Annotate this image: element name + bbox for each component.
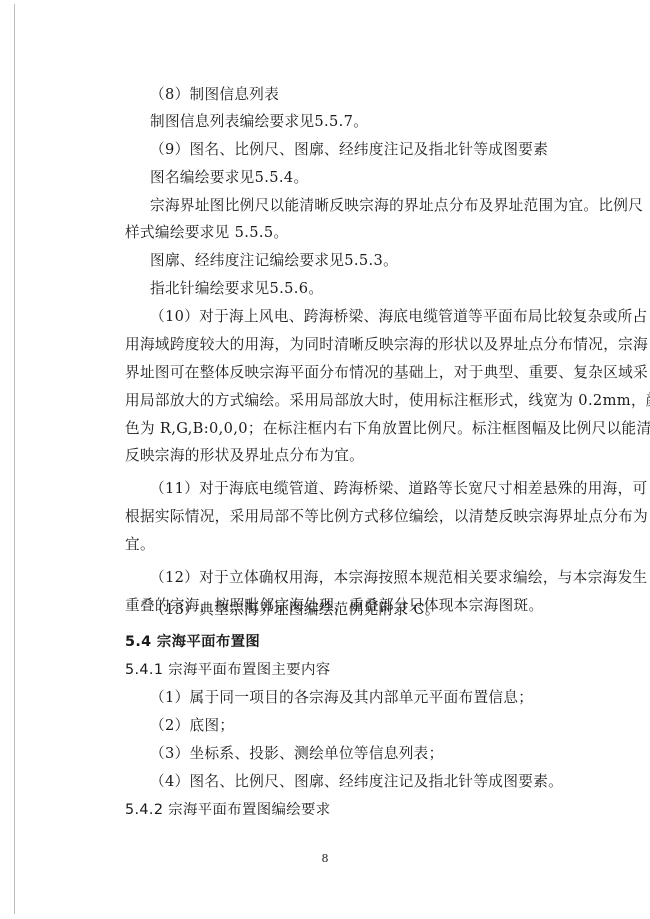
paragraph-line: 色为 R,G,B:0,0,0；在标注框内右下角放置比例尺。标注框图幅及比例尺以能…	[125, 419, 585, 439]
list-item-3: （3）坐标系、投影、测绘单位等信息列表；	[150, 744, 585, 764]
list-item-10: （10）对于海上风电、跨海桥梁、海底电缆管道等平面布局比较复杂或所占	[150, 307, 585, 327]
subsection-heading-5-4-1: 5.4.1 宗海平面布置图主要内容	[125, 660, 585, 680]
paragraph-line: 根据实际情况，采用局部不等比例方式移位编绘，以清楚反映宗海界址点分布为	[125, 507, 585, 527]
page-number: 8	[315, 852, 335, 866]
paragraph-line: 宗海界址图比例尺以能清晰反映宗海的界址点分布及界址范围为宜。比例尺	[150, 196, 585, 216]
list-item-8-heading: （8）制图信息列表	[150, 85, 585, 105]
list-item-2: （2）底图；	[150, 716, 585, 736]
paragraph-line: 宜。	[125, 535, 585, 555]
subsection-heading-5-4-2: 5.4.2 宗海平面布置图编绘要求	[125, 800, 585, 820]
paragraph-line: 图名编绘要求见5.5.4。	[150, 168, 585, 188]
list-item-9-heading: （9）图名、比例尺、图廓、经纬度注记及指北针等成图要素	[150, 140, 585, 160]
list-item-13: （13）典型宗海界址图编绘范例见附录 C。	[150, 600, 585, 620]
paragraph-line: 指北针编绘要求见5.5.6。	[150, 279, 585, 299]
document-page: （8）制图信息列表 制图信息列表编绘要求见5.5.7。 （9）图名、比例尺、图廓…	[0, 0, 650, 919]
list-item-12: （12）对于立体确权用海，本宗海按照本规范相关要求编绘，与本宗海发生	[150, 568, 585, 588]
list-item-1: （1）属于同一项目的各宗海及其内部单元平面布置信息；	[150, 688, 585, 708]
list-item-11: （11）对于海底电缆管道、跨海桥梁、道路等长宽尺寸相差悬殊的用海，可	[150, 479, 585, 499]
paragraph-line: 样式编绘要求见 5.5.5。	[125, 223, 585, 243]
paragraph-line: 图廓、经纬度注记编绘要求见5.5.3。	[150, 251, 585, 271]
paragraph-line: 用海域跨度较大的用海，为同时清晰反映宗海的形状以及界址点分布情况，宗海	[125, 335, 585, 355]
list-item-4: （4）图名、比例尺、图廓、经纬度注记及指北针等成图要素。	[150, 772, 585, 792]
paragraph-line: 反映宗海的形状及界址点分布为宜。	[125, 446, 585, 466]
paragraph-line: 用局部放大的方式编绘。采用局部放大时，使用标注框形式，线宽为 0.2mm，颜	[125, 391, 585, 411]
section-heading-5-4: 5.4 宗海平面布置图	[125, 632, 585, 652]
paragraph-line: 界址图可在整体反映宗海平面分布情况的基础上，对于典型、重要、复杂区域采	[125, 363, 585, 383]
paragraph-line: 制图信息列表编绘要求见5.5.7。	[150, 112, 585, 132]
